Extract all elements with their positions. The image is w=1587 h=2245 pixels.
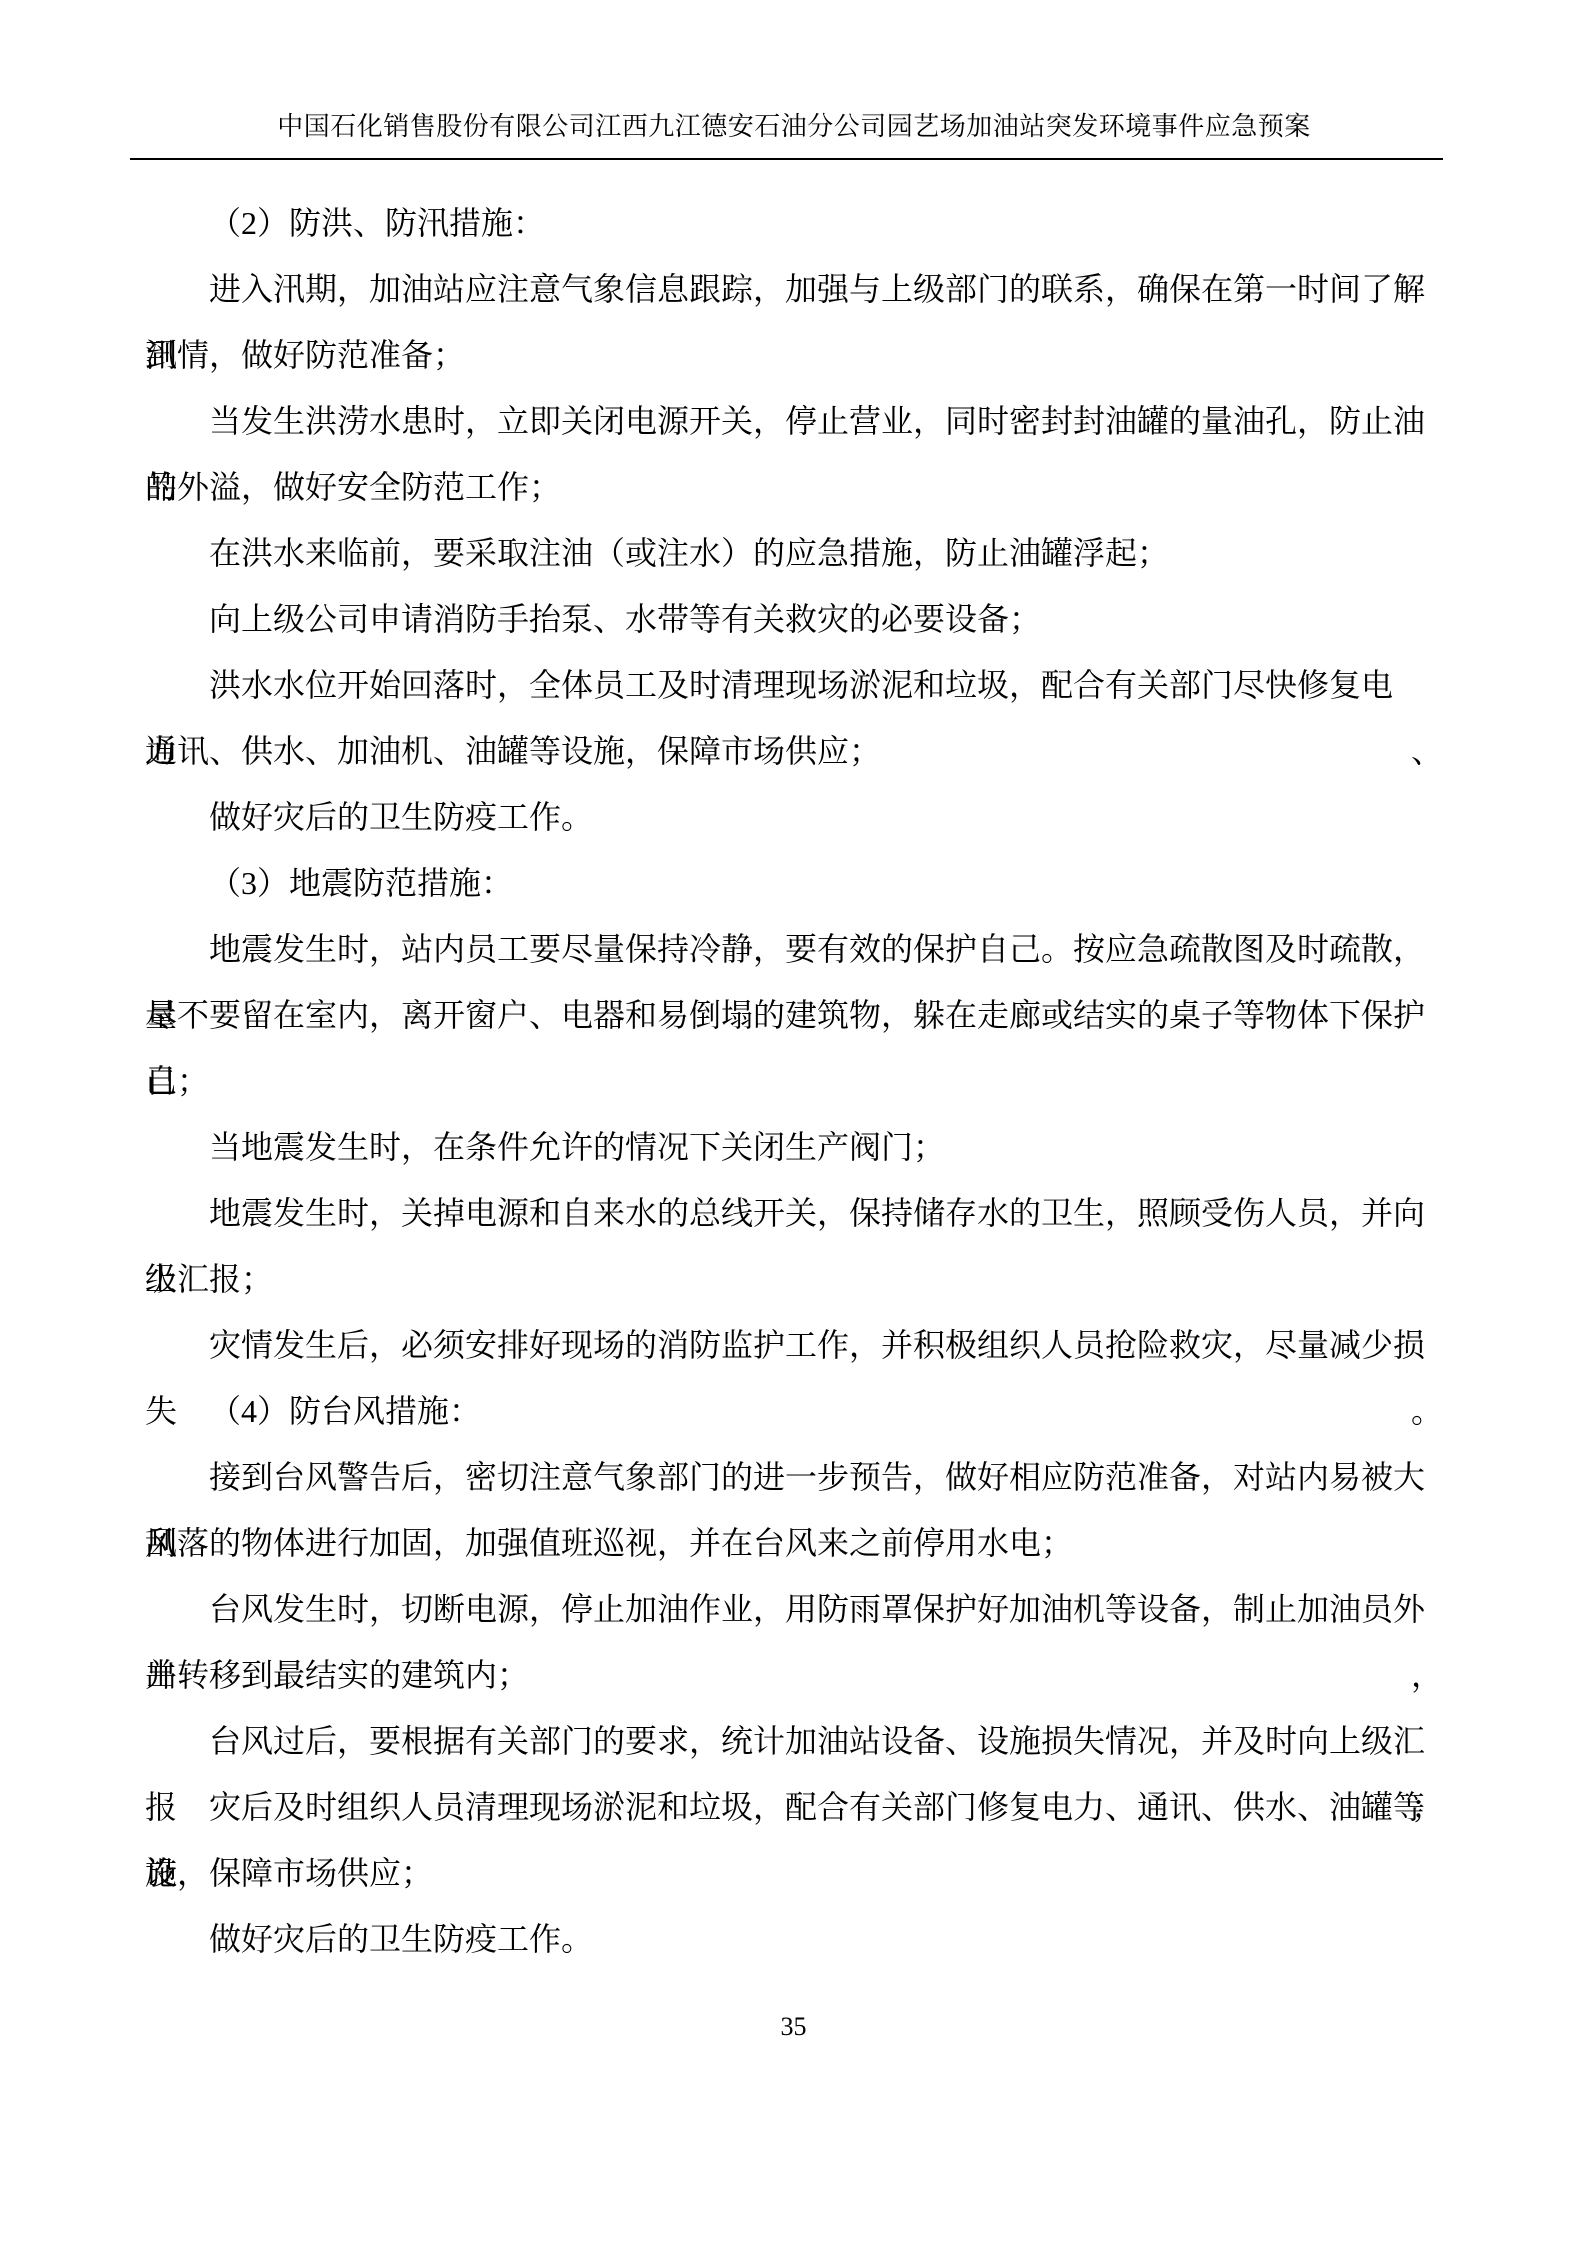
page-number: 35: [781, 2012, 807, 2041]
document-page: 中国石化销售股份有限公司江西九江德安石油分公司园艺场加油站突发环境事件应急预案 …: [0, 0, 1587, 2245]
body-line: 量不要留在室内，离开窗户、电器和易倒塌的建筑物，躲在走廊或结实的桌子等物体下保护…: [145, 982, 1443, 1048]
body-line: 做好灾后的卫生防疫工作。: [145, 1906, 1443, 1972]
body-line: 刮落的物体进行加固，加强值班巡视，并在台风来之前停用水电；: [145, 1510, 1443, 1576]
body-line: 的外溢，做好安全防范工作；: [145, 454, 1443, 520]
body-line: 级汇报；: [145, 1246, 1443, 1312]
body-line: 向上级公司申请消防手抬泵、水带等有关救灾的必要设备；: [145, 586, 1443, 652]
body-line: 做好灾后的卫生防疫工作。: [145, 784, 1443, 850]
body-line: 汛情，做好防范准备；: [145, 322, 1443, 388]
body-line: 当发生洪涝水患时，立即关闭电源开关，停止营业，同时密封封油罐的量油孔，防止油品: [145, 388, 1443, 454]
body-line: （3）地震防范措施：: [145, 850, 1443, 916]
page-footer: 35: [0, 2012, 1587, 2042]
body-line: 台风发生时，切断电源，停止加油作业，用防雨罩保护好加油机等设备，制止加油员外出，: [145, 1576, 1443, 1642]
document-body: （2）防洪、防汛措施：进入汛期，加油站应注意气象信息跟踪，加强与上级部门的联系，…: [145, 190, 1443, 1972]
body-line: 地震发生时，站内员工要尽量保持冷静，要有效的保护自己。按应急疏散图及时疏散，尽: [145, 916, 1443, 982]
page-header: 中国石化销售股份有限公司江西九江德安石油分公司园艺场加油站突发环境事件应急预案: [0, 0, 1587, 160]
body-line: 接到台风警告后，密切注意气象部门的进一步预告，做好相应防范准备，对站内易被大风: [145, 1444, 1443, 1510]
body-line: 进入汛期，加油站应注意气象信息跟踪，加强与上级部门的联系，确保在第一时间了解到: [145, 256, 1443, 322]
header-title: 中国石化销售股份有限公司江西九江德安石油分公司园艺场加油站突发环境事件应急预案: [145, 112, 1443, 142]
body-line: 台风过后，要根据有关部门的要求，统计加油站设备、设施损失情况，并及时向上级汇报；: [145, 1708, 1443, 1774]
body-line: 施，保障市场供应；: [145, 1840, 1443, 1906]
body-line: 灾后及时组织人员清理现场淤泥和垃圾，配合有关部门修复电力、通讯、供水、油罐等设: [145, 1774, 1443, 1840]
body-line: 洪水水位开始回落时，全体员工及时清理现场淤泥和垃圾，配合有关部门尽快修复电力、: [145, 652, 1443, 718]
body-line: 当地震发生时，在条件允许的情况下关闭生产阀门；: [145, 1114, 1443, 1180]
body-line: （2）防洪、防汛措施：: [145, 190, 1443, 256]
body-line: 地震发生时，关掉电源和自来水的总线开关，保持储存水的卫生，照顾受伤人员，并向上: [145, 1180, 1443, 1246]
body-line: 己；: [145, 1048, 1443, 1114]
body-line: 灾情发生后，必须安排好现场的消防监护工作，并积极组织人员抢险救灾，尽量减少损失。: [145, 1312, 1443, 1378]
body-line: 在洪水来临前，要采取注油（或注水）的应急措施，防止油罐浮起；: [145, 520, 1443, 586]
header-divider: [130, 158, 1443, 160]
